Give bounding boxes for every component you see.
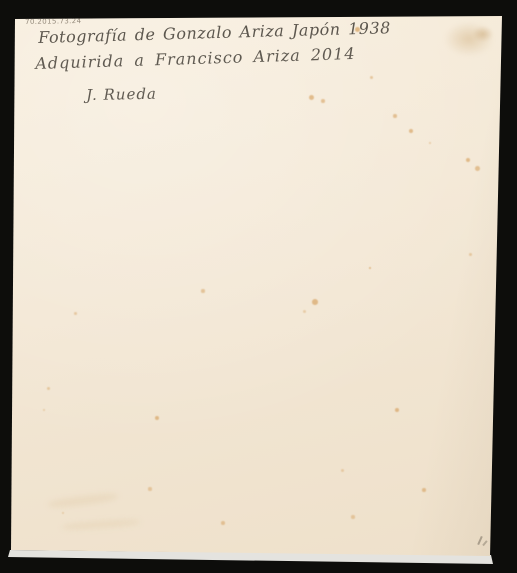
foxing-spot: [221, 521, 225, 525]
foxing-spot: [466, 158, 470, 162]
foxing-spot: [148, 487, 151, 490]
foxing-spot: [201, 289, 204, 292]
stain-streak: [48, 492, 119, 509]
foxing-spot: [321, 99, 325, 103]
foxing-spot: [429, 142, 432, 145]
pencil-mark: [482, 540, 487, 546]
foxing-spot: [312, 299, 318, 305]
foxing-spot: [422, 488, 426, 492]
foxing-spot: [62, 512, 65, 515]
photo-backdrop: 70.2015.73.24 Fotografía de Gonzalo Ariz…: [0, 0, 517, 573]
foxing-spot: [47, 387, 50, 390]
foxing-spot: [475, 166, 480, 171]
foxing-spot: [74, 312, 77, 315]
foxing-spot: [370, 76, 373, 79]
handwriting-line-3: J. Rueda: [86, 85, 157, 104]
paper-sheet: 70.2015.73.24 Fotografía de Gonzalo Ariz…: [0, 0, 517, 573]
foxing-spot: [43, 409, 46, 412]
foxing-spot: [369, 267, 371, 269]
stain-smudge-core: [470, 24, 496, 44]
foxing-spot: [393, 114, 397, 118]
foxing-spot: [469, 253, 472, 256]
stain-streak: [62, 518, 140, 530]
handwriting-line-2: Adquirida a Francisco Ariza 2014: [35, 44, 356, 73]
foxing-spot: [395, 408, 399, 412]
foxing-spot: [351, 515, 354, 518]
inventory-number: 70.2015.73.24: [25, 17, 82, 26]
handwriting-line-1: Fotografía de Gonzalo Ariza Japón 1938: [38, 18, 391, 47]
foxing-spot: [309, 95, 314, 100]
foxing-spot: [303, 310, 306, 313]
foxing-spot: [409, 129, 413, 133]
foxing-spot: [341, 469, 344, 472]
foxing-spot: [155, 416, 159, 420]
